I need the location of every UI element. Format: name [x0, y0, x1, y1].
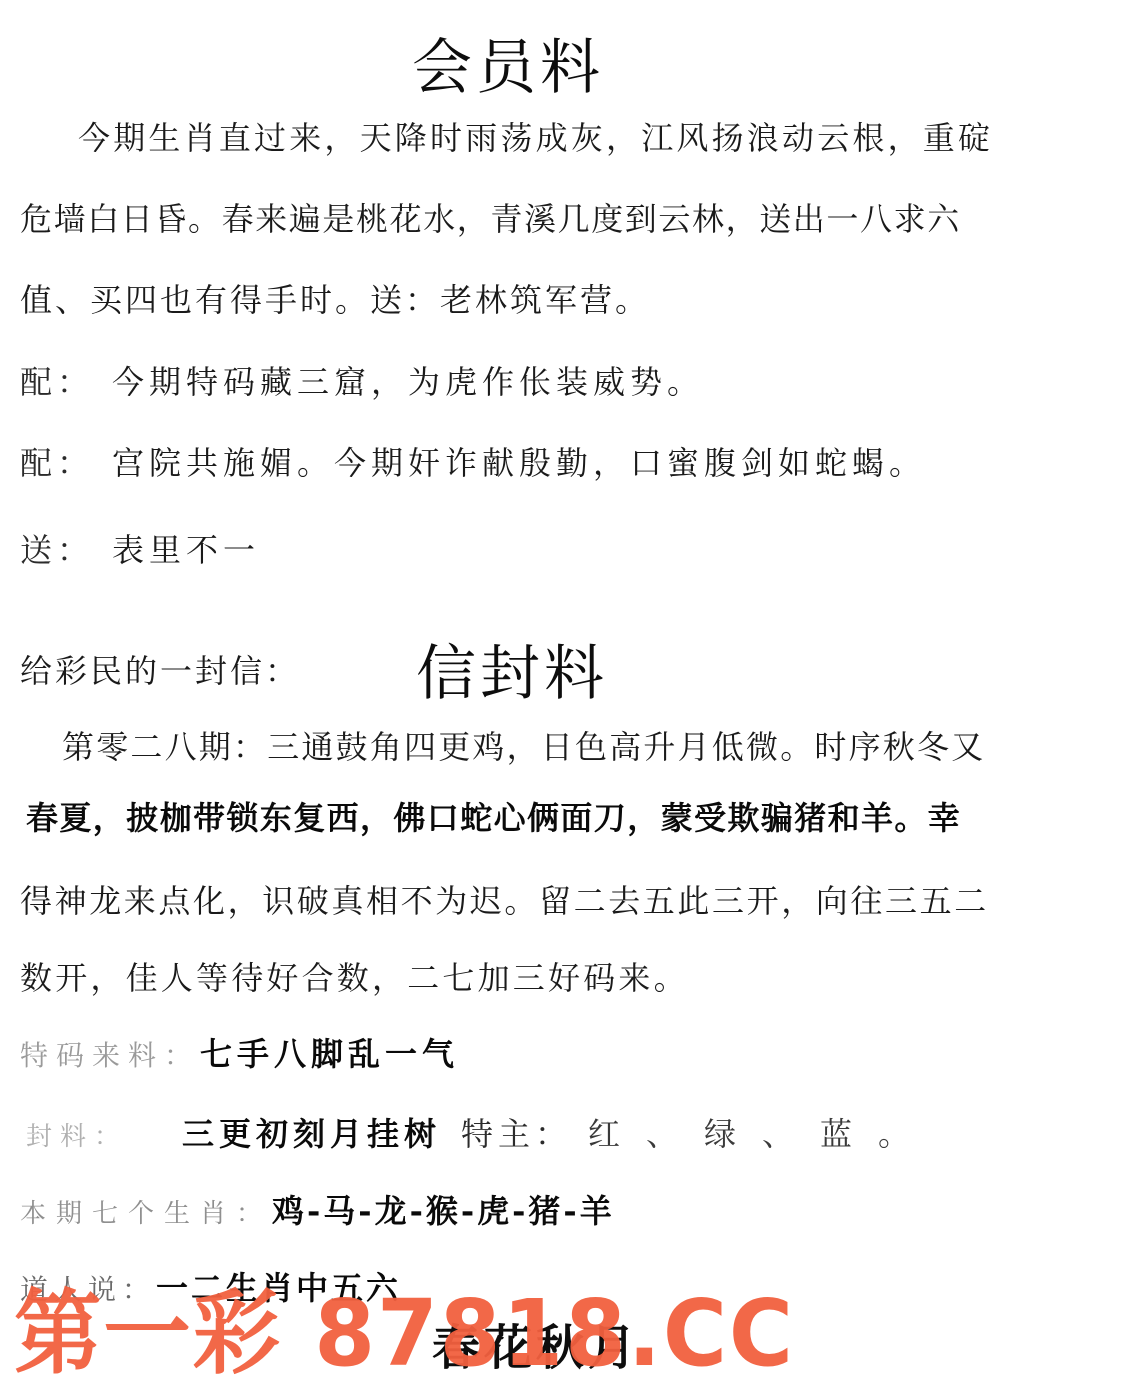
letter-intro-label: 给彩民的一封信： [20, 655, 300, 687]
tema-value: 七手八脚乱一气 [200, 1035, 459, 1073]
envelope-paragraph-line-1: 第零二八期：三通鼓角四更鸡，日色高升月低微。时序秋冬又 [62, 731, 985, 763]
zodiac-value: 鸡-马-龙-猴-虎-猪-羊 [272, 1192, 615, 1230]
tezhu-label: 特主： [461, 1115, 572, 1153]
fengliao-label: 封料： [26, 1122, 128, 1152]
pei-row-2: 配：宫院共施媚。今期奸诈献殷勤，口蜜腹剑如蛇蝎。 [20, 447, 926, 479]
pei-text: 宫院共施媚。今期奸诈献殷勤，口蜜腹剑如蛇蝎。 [112, 444, 926, 482]
fengliao-row: 封料：三更初刻月挂树特主：红、绿、蓝。 [26, 1118, 936, 1150]
song-label: 送： [20, 531, 94, 569]
zodiac-label: 本期七个生肖： [20, 1199, 272, 1229]
envelope-paragraph-line-4: 数开，佳人等待好合数，二七加三好码来。 [20, 962, 689, 994]
tema-label: 特码来料： [20, 1039, 200, 1072]
envelope-paragraph-line-2: 春夏，披枷带锁东复西，佛口蛇心俩面刀，蒙受欺骗猪和羊。幸 [26, 802, 961, 834]
tema-row: 特码来料：七手八脚乱一气 [20, 1038, 459, 1070]
section-title-member: 会员料 [412, 38, 604, 98]
watermark-text: 第一彩 87818.CC [14, 1288, 795, 1380]
fengliao-value: 三更初刻月挂树 [182, 1115, 441, 1153]
section-title-envelope: 信封料 [416, 644, 608, 704]
envelope-paragraph-line-3: 得神龙来点化，识破真相不为迟。留二去五此三开，向往三五二 [20, 885, 989, 917]
song-text: 表里不一 [112, 531, 260, 569]
zodiac-row: 本期七个生肖：鸡-马-龙-猴-虎-猪-羊 [20, 1195, 615, 1227]
song-row: 送：表里不一 [20, 534, 260, 566]
pei-row-1: 配：今期特码藏三窟，为虎作伥装威势。 [20, 366, 704, 398]
tezhu-value: 红、绿、蓝。 [588, 1115, 936, 1153]
pei-label: 配： [20, 444, 94, 482]
member-paragraph-line-1: 今期生肖直过来，天降时雨荡成灰，江风扬浪动云根，重碇 [78, 122, 993, 154]
member-paragraph-line-2: 危墙白日昏。春来遍是桃花水，青溪几度到云林，送出一八求六 [20, 203, 961, 235]
pei-text: 今期特码藏三窟，为虎作伥装威势。 [112, 363, 704, 401]
pei-label: 配： [20, 363, 94, 401]
member-paragraph-line-3: 值、买四也有得手时。送：老林筑军营。 [20, 284, 650, 316]
